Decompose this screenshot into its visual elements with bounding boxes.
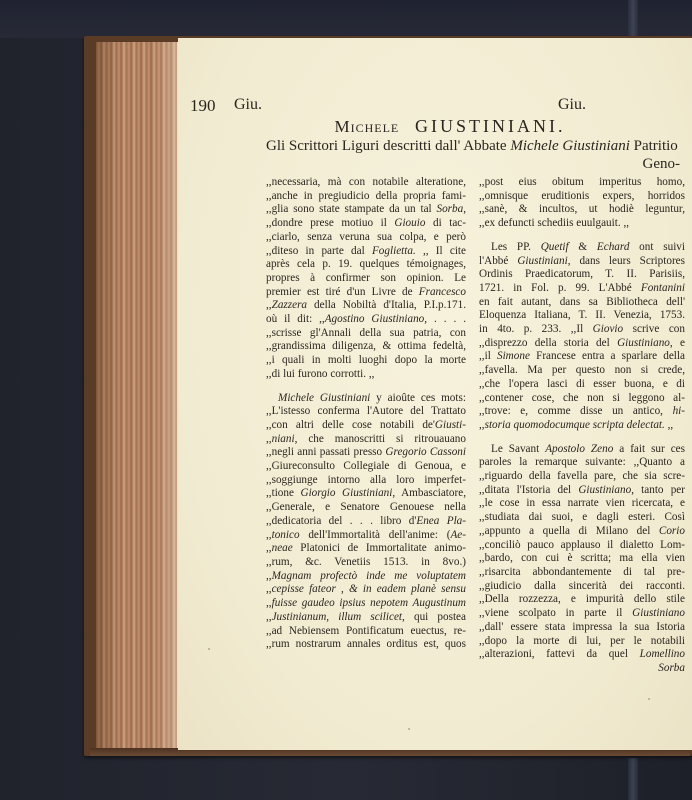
text-line: Michele Giustiniani y aioûte ces mots: [266,392,466,406]
text-line: ,,neae Platonici de Immortalitate animo- [266,542,466,556]
text: ,,negli anni passati presso [266,446,385,458]
text-line: ,,post eius obitum imperitus homo, [479,176,685,190]
text-line: ,,niani, che manoscritti si ritrouauano [266,433,466,447]
text: Eloquenza Italiana, T. II. Venezia, 1753… [479,309,685,321]
text: ,,anche in pregiudicio della propria fam… [266,190,466,202]
text-line: 1721. in Fol. p. 99. L'Abbé Fontanini [479,282,685,296]
text-line: ,,appunto a quella di Milano del Corio [479,525,685,539]
text: ,,dall' essere stata impressa la sua Ist… [479,621,685,633]
text: , che manoscritti si ritrouauano [295,433,466,445]
text: Le Savant [491,443,545,455]
text-line: ,,sanè, & incultos, ut hodiè leguntur, [479,203,685,217]
text-line: ,,omnisque eruditionis expers, horridos [479,190,685,204]
italic-text: Quetif [541,241,569,253]
text-line: ,,trove: e, comme disse un antico, hi- [479,405,685,419]
right-column: ,,post eius obitum imperitus homo,,,omni… [479,176,685,676]
italic-text: Giustiniano [617,337,670,349]
text: di tac- [425,217,466,229]
text: ,,rum nostrarum annales orditus est, quo… [266,638,466,650]
text: ,,rum, &c. Venetiis 1513. in 8vo.) [266,556,466,568]
text: ,,bardo, con cui è scritta; ma ella vien [479,552,685,564]
text: ,,tione [266,487,300,499]
text: , dans leurs Scriptores [568,255,685,267]
text-line: ,,dondre prese motiuo il Giouio di tac- [266,217,466,231]
left-column: ,,necessaria, mà con notabile alteration… [266,176,466,652]
italic-text: Echard [597,241,630,253]
text: ,,contener cose, che non si leggono al- [479,392,685,404]
text: ,,grandissima diligenza, & ottima fedelt… [266,340,466,352]
text: , e [670,337,685,349]
italic-text: neae [272,542,293,554]
running-head-left: Giu. [234,96,262,114]
text-line: ,,rum nostrarum annales orditus est, quo… [266,638,466,652]
italic-text: Enea Pla- [416,515,466,527]
text: ,,soggiunge intorno alla loro imperfet- [266,474,466,486]
text-line: ,,i quali in molti luoghi dopo la morte [266,354,466,368]
book-stand-post-top [628,0,638,36]
text-line: ,,cepisse fateor , & in eadem planè sens… [266,583,466,597]
italic-text: cepisse fateor , & in eadem planè sensu [272,583,466,595]
running-head-right: Giu. [558,96,586,114]
text: ,,trove: e, comme disse un antico, [479,405,673,417]
text-line: ,,grandissima diligenza, & ottima fedelt… [266,340,466,354]
text: ,,viene scolpato in parte il [479,607,632,619]
text-line: premier est tiré d'un Livre de Francesco [266,286,466,300]
subtitle-text-end: Patritio [630,138,678,154]
text-line: Ordinis Praedicatorum, T. II. Parisiis, [479,268,685,282]
text: ,,sanè, & incultos, ut hodiè leguntur, [479,203,685,215]
text-line: ,,glia sono state stampate da un tal Sor… [266,203,466,217]
text: dell'Immortalità dell'anime: ( [300,529,451,541]
entry-title-surname: GIUSTINIANI. [415,116,565,136]
text-line: ,,scrisse gl'Annali della sua patria, co… [266,327,466,341]
text-line: ,,Magnam profectò inde me voluptatem [266,570,466,584]
text-line: l'Abbé Giustiniani, dans leurs Scriptore… [479,255,685,269]
text-line: ,,Giureconsulto Collegiale di Genoua, e [266,460,466,474]
text: ,, [665,419,673,431]
italic-text: Magnam profectò inde me voluptatem [272,570,466,582]
text-line: ,,disprezzo della storia del Giustiniano… [479,337,685,351]
text-line: en fait autant, dans sa Bibliotheca dell… [479,296,685,310]
italic-text: Giustiniano [578,484,631,496]
text: ,,dedicatoria del . . . libro d' [266,515,416,527]
text: ,,ex defuncti schediis euulgauit. ,, [479,217,629,229]
text: Francese entra a sparlare della [530,350,685,362]
text-line: ,,favella. Ma per questo non si crede, [479,364,685,378]
text-line: ,,tonico dell'Immortalità dell'anime: (A… [266,529,466,543]
text: a fait sur ces [613,443,685,455]
italic-text: Giovio [593,323,623,335]
text: ,,omnisque eruditionis expers, horridos [479,190,685,202]
text: Ordinis Praedicatorum, T. II. Parisiis, [479,268,685,280]
text-line: Le Savant Apostolo Zeno a fait sur ces [479,443,685,457]
text: ,,L'istesso conferma l'Autore del Tratta… [266,405,466,417]
text: ,,ciarlo, senza veruna sua colpa, e però [266,231,466,243]
text-line: ,,giudicio dalla sincerità dei racconti. [479,580,685,594]
book-stand-post-bottom [628,758,638,800]
running-head: 190 Giu. Giu. [178,96,692,116]
text: . . . . [427,313,466,325]
text: , qui postea [402,611,466,623]
text: in 4to. p. 233. ,,Il [479,323,593,335]
italic-text: Giusti- [435,419,466,431]
book-page: 190 Giu. Giu. Michele GIUSTINIANI. Gli S… [178,38,692,750]
text-line: Sorba [479,662,685,676]
text: ,,risarcita abbondantemente di tal pre- [479,566,685,578]
italic-text: Giustiniani [517,255,567,267]
paragraph-gap [479,433,685,443]
text: Platonici de Immortalitate animo- [293,542,466,554]
text: & [569,241,597,253]
text: ,,Giureconsulto Collegiale di Genoua, e [266,460,466,472]
italic-text: hi- [673,405,685,417]
italic-text: Giouio [394,217,425,229]
text-line: ,,Justinianum, illum scilicet, qui poste… [266,611,466,625]
italic-text: Giorgio Giustiniani [300,487,392,499]
text-line: ,,ad Nebiensem Pontificatum euectus, re- [266,625,466,639]
italic-text: Gregorio Cassoni [385,446,466,458]
text: ,,le cose in essa narrate vien ricercata… [479,497,685,509]
text-line: Eloquenza Italiana, T. II. Venezia, 1753… [479,309,685,323]
italic-text: Sorba [436,203,463,215]
text: y aioûte ces mots: [370,392,466,404]
italic-text: Francesco [419,286,466,298]
text-line: ,,ciarlo, senza veruna sua colpa, e però [266,231,466,245]
text: ,,disprezzo della storia del [479,337,617,349]
subtitle-name: Michele Giustiniani [510,138,630,154]
italic-text: Apostolo Zeno [545,443,613,455]
entry-title-firstname: Michele [334,117,399,136]
text-line: ,,le cose in essa narrate vien ricercata… [479,497,685,511]
text-line: ,,alterazioni, fattevi da quel Lomellino [479,648,685,662]
text: , Ambasciatore, [392,487,466,499]
text-line: ,,studiata dai suoi, e dagli esteri. Cos… [479,511,685,525]
text: en fait autant, dans sa Bibliotheca dell… [479,296,685,308]
text-line: ,,dall' essere stata impressa la sua Ist… [479,621,685,635]
text: ,,Della rozzezza, e impurità dello stile [479,593,685,605]
text-line: ,,negli anni passati presso Gregorio Cas… [266,446,466,460]
italic-text: Giustiniano [632,607,685,619]
text: ,,post eius obitum imperitus homo, [479,176,685,188]
text: ,,appunto a quella di Milano del [479,525,659,537]
text-line: ,,anche in pregiudicio della propria fam… [266,190,466,204]
text-line: ,,che l'opera lasci di esser buona, e di [479,378,685,392]
text-line: ,,bardo, con cui è scritta; ma ella vien [479,552,685,566]
paragraph-gap [266,382,466,392]
text: ,,che l'opera lasci di esser buona, e di [479,378,685,390]
text-line: ,,Della rozzezza, e impurità dello stile [479,593,685,607]
italic-text: Foglietta. [372,245,416,257]
text: ,,dondre prese motiuo il [266,217,394,229]
text: l'Abbé [479,255,517,267]
text: ,,di lui furono corrotti. ,, [266,368,374,380]
text: ,,alterazioni, fattevi da quel [479,648,640,660]
italic-text: Sorba [658,662,685,674]
text-line: ,,storia quomodocumque scripta delectat.… [479,419,685,433]
italic-text: Justinianum, illum scilicet [272,611,402,623]
text-line: ,,rum, &c. Venetiis 1513. in 8vo.) [266,556,466,570]
text-line: ,,con altri delle cose notabili de'Giust… [266,419,466,433]
text: ,,conciliò pauco applauso il dialetto Lo… [479,539,685,551]
text-line: ,,dopo la morte di lui, per le notabili [479,635,685,649]
text: paroles la remarque suivante: ,,Quanto a [479,456,685,468]
italic-text: Fontanini [641,282,685,294]
paper-speck [648,698,650,700]
entry-title: Michele GIUSTINIANI. [178,116,692,137]
paper-speck [408,728,410,730]
italic-text: fuisse gaudeo ipsius nepotem Augustinum [272,597,466,609]
background-top [0,0,692,38]
text: où il dit: ,, [266,313,325,325]
entry-subtitle: Gli Scrittori Liguri descritti dall' Abb… [266,137,680,173]
text-line: ,,dedicatoria del . . . libro d'Enea Pla… [266,515,466,529]
page-number: 190 [190,96,216,116]
italic-text: Michele Giustiniani [278,392,370,404]
text-line: ,,tione Giorgio Giustiniani, Ambasciator… [266,487,466,501]
text: ,,i quali in molti luoghi dopo la morte [266,354,466,366]
text-line: ,,ex defuncti schediis euulgauit. ,, [479,217,685,231]
italic-text: Corio [659,525,685,537]
text: ,,giudicio dalla sincerità dei racconti. [479,580,685,592]
italic-text: niani [272,433,295,445]
text-line: ,,Generale, e Senatore Genouese nella [266,501,466,515]
text: , [463,203,466,215]
text-line: ,,necessaria, mà con notabile alteration… [266,176,466,190]
text: ,,ditata l'Istoria del [479,484,578,496]
text: après cela p. 19. quelques témoignages, [266,258,466,270]
paper-speck [208,648,210,650]
text-line: ,,riguardo della favella pare, che sia s… [479,470,685,484]
text-line: ,,risarcita abbondantemente di tal pre- [479,566,685,580]
text: ,,necessaria, mà con notabile alteration… [266,176,466,188]
text: ,, Il cite [416,245,466,257]
italic-text: Zazzera [272,299,307,311]
text-line: après cela p. 19. quelques témoignages, [266,258,466,272]
text-line: ,,soggiunge intorno alla loro imperfet- [266,474,466,488]
italic-text: Ae- [450,529,466,541]
text: 1721. in Fol. p. 99. L'Abbé [479,282,641,294]
text-line: ,,diteso in parte dal Foglietta. ,, Il c… [266,245,466,259]
text: scrive con [623,323,685,335]
text: Les PP. [491,241,541,253]
text-line: propres à confirmer son opinion. Le [266,272,466,286]
paragraph-gap [479,231,685,241]
text: ont suivi [629,241,685,253]
text: premier est tiré d'un Livre de [266,286,419,298]
text-line: Les PP. Quetif & Echard ont suivi [479,241,685,255]
text: ,,il [479,350,497,362]
subtitle-continuation: Geno- [266,155,680,173]
italic-text: Agostino Giustiniano, [325,313,427,325]
text: ,,favella. Ma per questo non si crede, [479,364,685,376]
text-line: ,,viene scolpato in parte il Giustiniano [479,607,685,621]
text: ,,Generale, e Senatore Genouese nella [266,501,466,513]
text: ,,dopo la morte di lui, per le notabili [479,635,685,647]
italic-text: Simone [497,350,530,362]
text: ,,con altri delle cose notabili de' [266,419,435,431]
text-line: ,,il Simone Francese entra a sparlare de… [479,350,685,364]
text-line: où il dit: ,,Agostino Giustiniano, . . .… [266,313,466,327]
text: ,,glia sono state stampate da un tal [266,203,436,215]
text: ,,ad Nebiensem Pontificatum euectus, re- [266,625,466,637]
text-line: ,,ditata l'Istoria del Giustiniano, tant… [479,484,685,498]
text: della Nobiltà d'Italia, P.I.p.171. [307,299,466,311]
text-line: ,,contener cose, che non si leggono al- [479,392,685,406]
text-line: ,,di lui furono corrotti. ,, [266,368,466,382]
text: ,,diteso in parte dal [266,245,372,257]
italic-text: tonico [272,529,300,541]
text-line: paroles la remarque suivante: ,,Quanto a [479,456,685,470]
italic-text: storia quomodocumque scripta delectat. [485,419,665,431]
text-line: ,,fuisse gaudeo ipsius nepotem Augustinu… [266,597,466,611]
text-line: ,,conciliò pauco applauso il dialetto Lo… [479,539,685,553]
text: , tanto per [631,484,685,496]
text: ,,scrisse gl'Annali della sua patria, co… [266,327,466,339]
italic-text: Lomellino [640,648,685,660]
page-edges [96,42,178,750]
text-line: ,,Zazzera della Nobiltà d'Italia, P.I.p.… [266,299,466,313]
text: propres à confirmer son opinion. Le [266,272,466,284]
text: ,,riguardo della favella pare, che sia s… [479,470,685,482]
text: ,,studiata dai suoi, e dagli esteri. Cos… [479,511,685,523]
text-line: in 4to. p. 233. ,,Il Giovio scrive con [479,323,685,337]
text-line: ,,L'istesso conferma l'Autore del Tratta… [266,405,466,419]
subtitle-text: Gli Scrittori Liguri descritti dall' Abb… [266,138,510,154]
